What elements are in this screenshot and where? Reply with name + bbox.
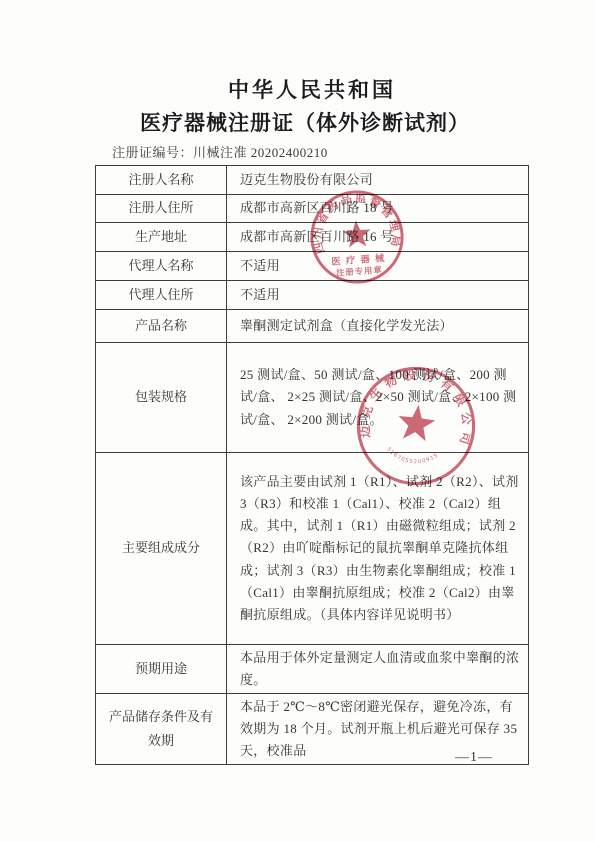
registration-number-value: 川械注准 20202400210 [193,145,328,160]
field-value: 成都市高新区百川路 18 号 [227,195,529,223]
field-value: 不适用 [227,281,529,310]
table-row: 注册人名称 迈克生物股份有限公司 [96,166,529,195]
field-value: 睾酮测定试剂盒（直接化学发光法） [227,310,529,343]
field-label: 注册人名称 [96,166,227,195]
field-label: 主要组成成分 [96,453,227,645]
field-label: 代理人名称 [96,252,227,281]
field-label: 生产地址 [96,223,227,252]
field-value: 成都市高新区百川路 16 号 [227,223,529,252]
field-value: 迈克生物股份有限公司 [227,166,529,195]
country-title: 中华人民共和国 [95,74,529,104]
field-label: 预期用途 [96,645,227,694]
table-row: 代理人住所 不适用 [96,281,529,310]
table-row: 主要组成成分 该产品主要由试剂 1（R1）、试剂 2（R2）、试剂 3（R3）和… [96,453,529,645]
certificate-title: 医疗器械注册证（体外诊断试剂） [80,107,530,137]
field-value: 25 测试/盒、50 测试/盒、100 测试/盒、200 测试/盒、 2×25 … [227,343,529,453]
registration-number-label: 注册证编号： [112,145,193,160]
table-row: 注册人住所 成都市高新区百川路 18 号 [96,195,529,223]
field-label: 包装规格 [96,343,227,453]
certificate-page: 中华人民共和国 医疗器械注册证（体外诊断试剂） 注册证编号：川械注准 20202… [0,0,595,842]
table-row: 预期用途 本品用于体外定量测定人血清或血浆中睾酮的浓度。 [96,645,529,694]
certificate-table: 注册人名称 迈克生物股份有限公司 注册人住所 成都市高新区百川路 18 号 生产… [95,165,529,765]
table-row: 包装规格 25 测试/盒、50 测试/盒、100 测试/盒、200 测试/盒、 … [96,343,529,453]
field-label: 注册人住所 [96,195,227,223]
field-value: 本品用于体外定量测定人血清或血浆中睾酮的浓度。 [227,645,529,694]
table-row: 生产地址 成都市高新区百川路 16 号 [96,223,529,252]
registration-number-line: 注册证编号：川械注准 20202400210 [112,142,328,161]
field-label: 代理人住所 [96,281,227,310]
table-row: 产品名称 睾酮测定试剂盒（直接化学发光法） [96,310,529,343]
page-number: —1— [455,750,493,766]
field-label: 产品名称 [96,310,227,343]
field-label: 产品储存条件及有效期 [96,694,227,765]
field-value: 该产品主要由试剂 1（R1）、试剂 2（R2）、试剂 3（R3）和校准 1（Ca… [227,453,529,645]
table-row: 代理人名称 不适用 [96,252,529,281]
field-value: 不适用 [227,252,529,281]
